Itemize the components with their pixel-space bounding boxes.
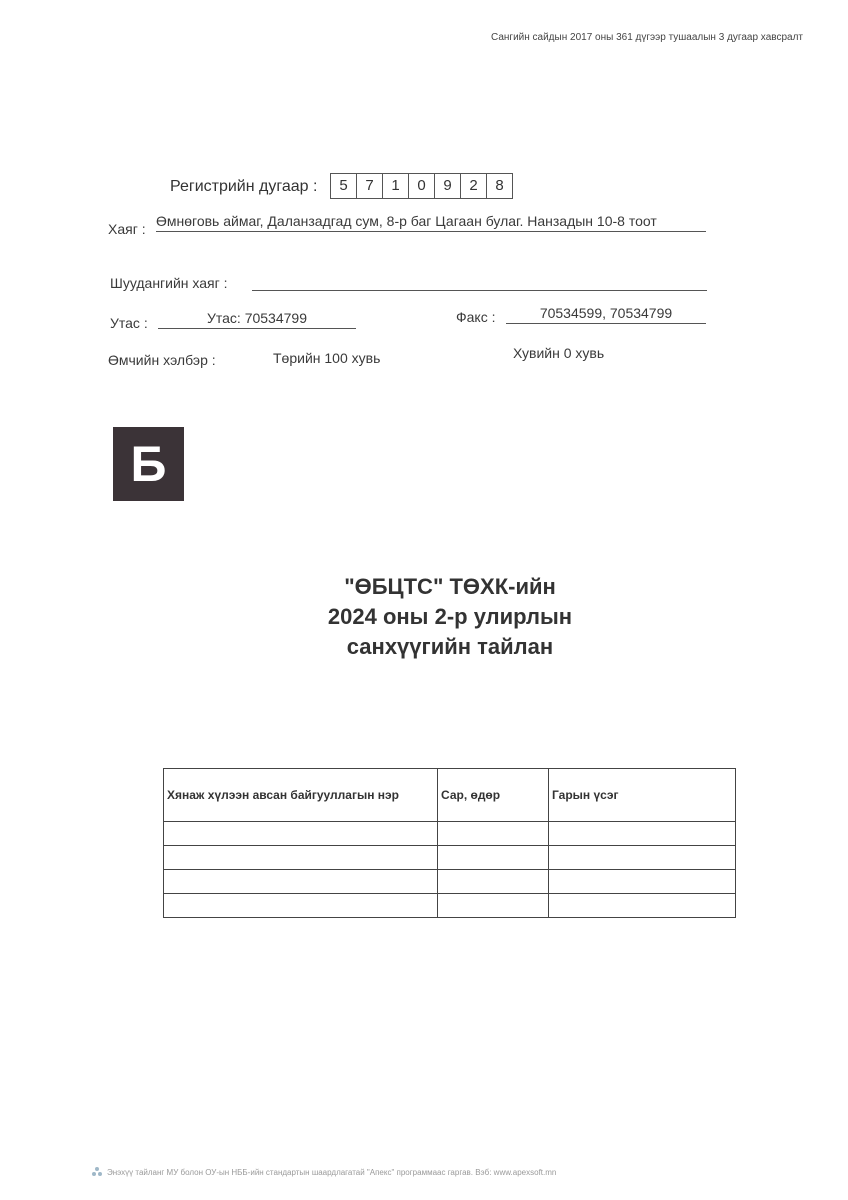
registration-digit: 7 [357,174,383,198]
report-title-line-2: 2024 оны 2-р улирлын [0,602,848,632]
footer: Энэхүү тайланг МУ болон ОУ-ын НББ-ийн ст… [92,1167,556,1177]
table-cell [164,846,438,870]
apex-logo-icon [92,1167,102,1177]
footer-text: Энэхүү тайланг МУ болон ОУ-ын НББ-ийн ст… [107,1168,556,1177]
table-cell [438,870,549,894]
table-row [164,846,736,870]
table-cell [549,846,736,870]
registration-digit: 0 [409,174,435,198]
table-cell [438,846,549,870]
mail-address-value [252,276,707,291]
table-cell [164,870,438,894]
registration-digit: 5 [331,174,357,198]
column-header-signature: Гарын үсэг [549,769,736,822]
report-title-line-1: "ӨБЦТС" ТӨХК-ийн [0,572,848,602]
registration-digit: 1 [383,174,409,198]
mail-address-label: Шуудангийн хаяг : [110,275,228,291]
table-cell [549,822,736,846]
table-cell [164,822,438,846]
table-cell [549,894,736,918]
ownership-state-share: Төрийн 100 хувь [273,350,380,366]
table-row [164,870,736,894]
registration-label: Регистрийн дугаар : [170,178,317,196]
header-note: Сангийн сайдын 2017 оны 361 дүгээр тушаа… [473,32,803,44]
review-table: Хянаж хүлээн авсан байгууллагын нэр Сар,… [163,768,736,918]
registration-digit: 2 [461,174,487,198]
ownership-private-share: Хувийн 0 хувь [513,345,604,361]
table-cell [438,894,549,918]
registration-number-boxes: 5 7 1 0 9 2 8 [330,173,513,199]
registration-digit: 8 [487,174,512,198]
address-label: Хаяг : [108,221,146,237]
column-header-organization: Хянаж хүлээн авсан байгууллагын нэр [164,769,438,822]
table-header-row: Хянаж хүлээн авсан байгууллагын нэр Сар,… [164,769,736,822]
fax-label: Факс : [456,309,496,325]
fax-value: 70534599, 70534799 [506,305,706,324]
table-row [164,894,736,918]
section-badge: Б [113,427,184,501]
address-value: Өмнөговь аймаг, Даланзадгад сум, 8-р баг… [156,213,706,232]
phone-label: Утас : [110,315,148,331]
report-title-line-3: санхүүгийн тайлан [0,632,848,662]
column-header-date: Сар, өдөр [438,769,549,822]
ownership-label: Өмчийн хэлбэр : [108,352,216,368]
report-title: "ӨБЦТС" ТӨХК-ийн 2024 оны 2-р улирлын са… [0,572,848,662]
registration-digit: 9 [435,174,461,198]
phone-value: Утас: 70534799 [158,310,356,329]
table-cell [549,870,736,894]
table-cell [164,894,438,918]
table-cell [438,822,549,846]
table-row [164,822,736,846]
